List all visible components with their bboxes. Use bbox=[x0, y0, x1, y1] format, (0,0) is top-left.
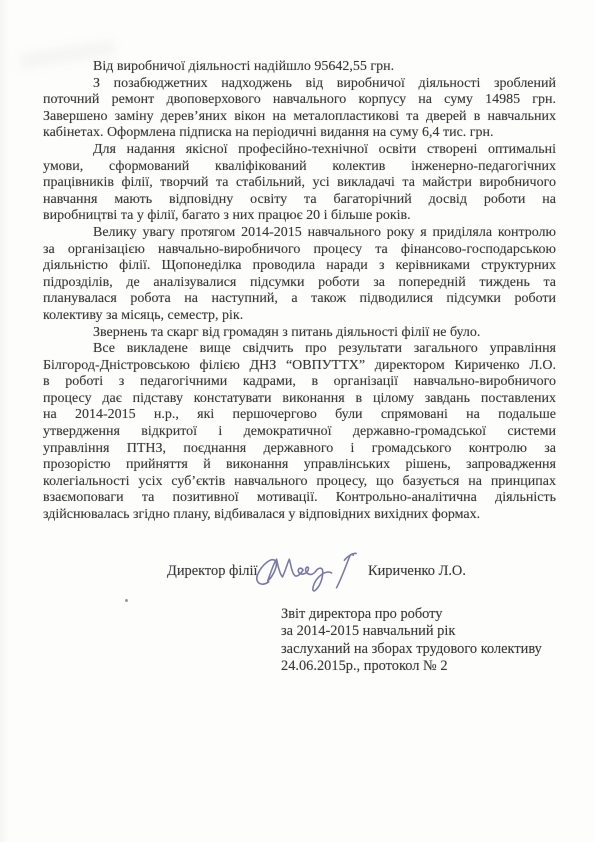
text-line: колегіальності усіх суб’єктів навчальног… bbox=[43, 474, 556, 491]
text-line: планувалася робота на наступний, а також… bbox=[43, 291, 556, 308]
text-line: колективу за місяць, семестр, рік. bbox=[43, 308, 556, 325]
text-line: виробництві та у філії, багато з них пра… bbox=[43, 208, 556, 225]
text-line: навчання мають відповідну освіту та бага… bbox=[43, 192, 556, 209]
document-body: Від виробничої діяльності надійшло 95642… bbox=[43, 59, 556, 524]
text-line: Завершено заміну дерев’яних вікон на мет… bbox=[43, 109, 556, 126]
text-line: утвердження відкритої і демократичної де… bbox=[43, 424, 556, 441]
director-role-label: Директор філії bbox=[167, 563, 258, 580]
closing-line: заслуханий на зборах трудового колективу bbox=[281, 641, 542, 658]
text-line: управління ПТНЗ, поєднання державного і … bbox=[43, 441, 556, 458]
text-line: Для надання якісної професійно-технічної… bbox=[43, 142, 556, 159]
text-line: кабінетах. Оформлена підписка на періоди… bbox=[43, 125, 556, 142]
closing-block: Звіт директора про роботу за 2014-2015 н… bbox=[281, 606, 542, 675]
text-line: підрозділів, де аналізувалися підсумки р… bbox=[43, 275, 556, 292]
scanned-report-page: Від виробничої діяльності надійшло 95642… bbox=[0, 0, 595, 842]
text-line: за організацією навчально-виробничого пр… bbox=[43, 242, 556, 259]
closing-line: 24.06.2015р., протокол № 2 bbox=[281, 658, 542, 675]
scan-speck bbox=[125, 599, 128, 602]
handwritten-signature-icon bbox=[252, 547, 365, 595]
closing-line: за 2014-2015 навчальний рік bbox=[281, 623, 542, 640]
text-line: Все викладене вище свідчить про результа… bbox=[43, 341, 556, 358]
text-line: Звернень та скарг від громадян з питань … bbox=[43, 325, 556, 342]
text-line: Велику увагу протягом 2014-2015 навчальн… bbox=[43, 225, 556, 242]
text-line: процесу дає підставу констатувати викона… bbox=[43, 391, 556, 408]
text-line: прозорістю прийняття й виконання управлі… bbox=[43, 457, 556, 474]
text-line: взаємоповаги та позитивної мотивації. Ко… bbox=[43, 490, 556, 507]
scan-edge-shading bbox=[0, 0, 9, 842]
text-line: Білгород-Дністровською філією ДНЗ “ОВПУТ… bbox=[43, 358, 556, 375]
text-line: умови, сформований кваліфікований колект… bbox=[43, 159, 556, 176]
text-line: працівників філії, творчий та стабільний… bbox=[43, 175, 556, 192]
text-line: здійснювалась згідно плану, відбивалася … bbox=[43, 507, 556, 524]
text-line: З позабюджетних надходжень від виробничо… bbox=[43, 76, 556, 93]
text-line: в роботі з педагогічними кадрами, в орга… bbox=[43, 374, 556, 391]
director-name: Кириченко Л.О. bbox=[368, 563, 466, 580]
text-line: діяльністю філії. Щопонеділка проводила … bbox=[43, 258, 556, 275]
closing-line: Звіт директора про роботу bbox=[281, 606, 542, 623]
text-line: поточний ремонт двоповерхового навчально… bbox=[43, 92, 556, 109]
text-line: на 2014-2015 н.р., які першочергово були… bbox=[43, 407, 556, 424]
text-line: Від виробничої діяльності надійшло 95642… bbox=[43, 59, 556, 76]
